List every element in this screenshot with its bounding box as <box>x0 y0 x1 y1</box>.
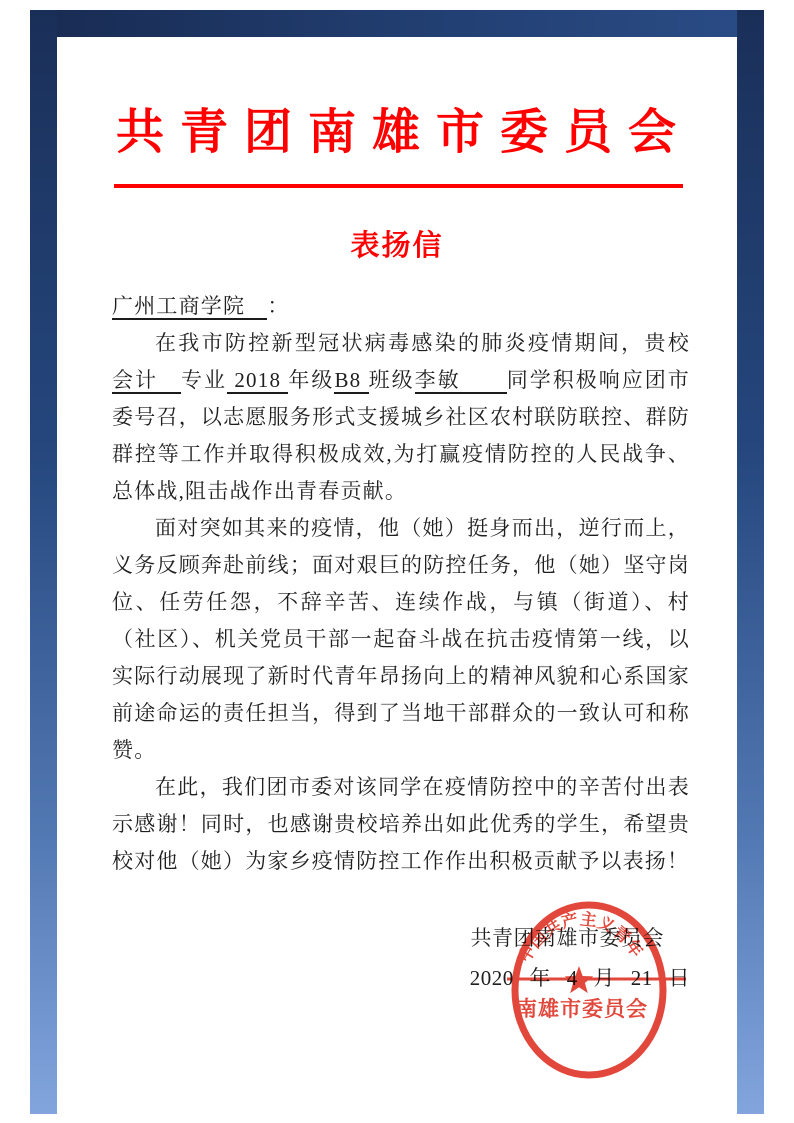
paragraph-2: 面对突如其来的疫情，他（她）挺身而出，逆行而上，义务反顾奔赴前线；面对艰巨的防控… <box>112 510 690 769</box>
document-title: 表扬信 <box>0 223 794 264</box>
paragraph-1: 在我市防控新型冠状病毒感染的肺炎疫情期间，贵校会计 专业 2018 年级B8 班… <box>112 325 690 510</box>
letterhead-divider <box>114 184 683 188</box>
major-field-underlined: 会计 <box>112 368 181 394</box>
letter-body: 广州工商学院 ： 在我市防控新型冠状病毒感染的肺炎疫情期间，贵校会计 专业 20… <box>112 288 690 880</box>
frame-bar-right <box>737 10 764 1114</box>
paragraph-1-text: 在我市防控新型冠状病毒感染的肺炎疫情期间，贵校 <box>155 331 690 355</box>
salutation-colon: ： <box>267 294 289 318</box>
class-label: 班级 <box>369 368 415 392</box>
year-field-underlined: 2018 <box>227 368 288 394</box>
signature-block: 共青团南雄市委员会 2020 年 4 月 21 日 <box>112 920 690 997</box>
salutation-line: 广州工商学院 ： <box>112 288 690 325</box>
student-name-underlined: 李敏 <box>415 368 507 394</box>
commendation-letter-page: { "header": { "org_title": "共 青 团 南 雄 市 … <box>0 0 794 1123</box>
signature-date: 2020 年 4 月 21 日 <box>112 960 690 997</box>
class-field-underlined: B8 <box>334 368 368 394</box>
letterhead-org-title: 共 青 团 南 雄 市 委 员 会 <box>0 104 794 162</box>
frame-bar-top <box>30 10 764 37</box>
grade-label: 年级 <box>288 368 334 392</box>
signature-org: 共青团南雄市委员会 <box>112 920 690 957</box>
frame-bar-left <box>30 10 57 1114</box>
paragraph-3: 在此，我们团市委对该同学在疫情防控中的辛苦付出表示感谢！同时，也感谢贵校培养出如… <box>112 769 690 880</box>
seal-bottom-text: 南雄市委员会 <box>516 997 648 1021</box>
recipient-name-underlined: 广州工商学院 <box>112 294 267 320</box>
major-label: 专业 <box>181 368 227 392</box>
